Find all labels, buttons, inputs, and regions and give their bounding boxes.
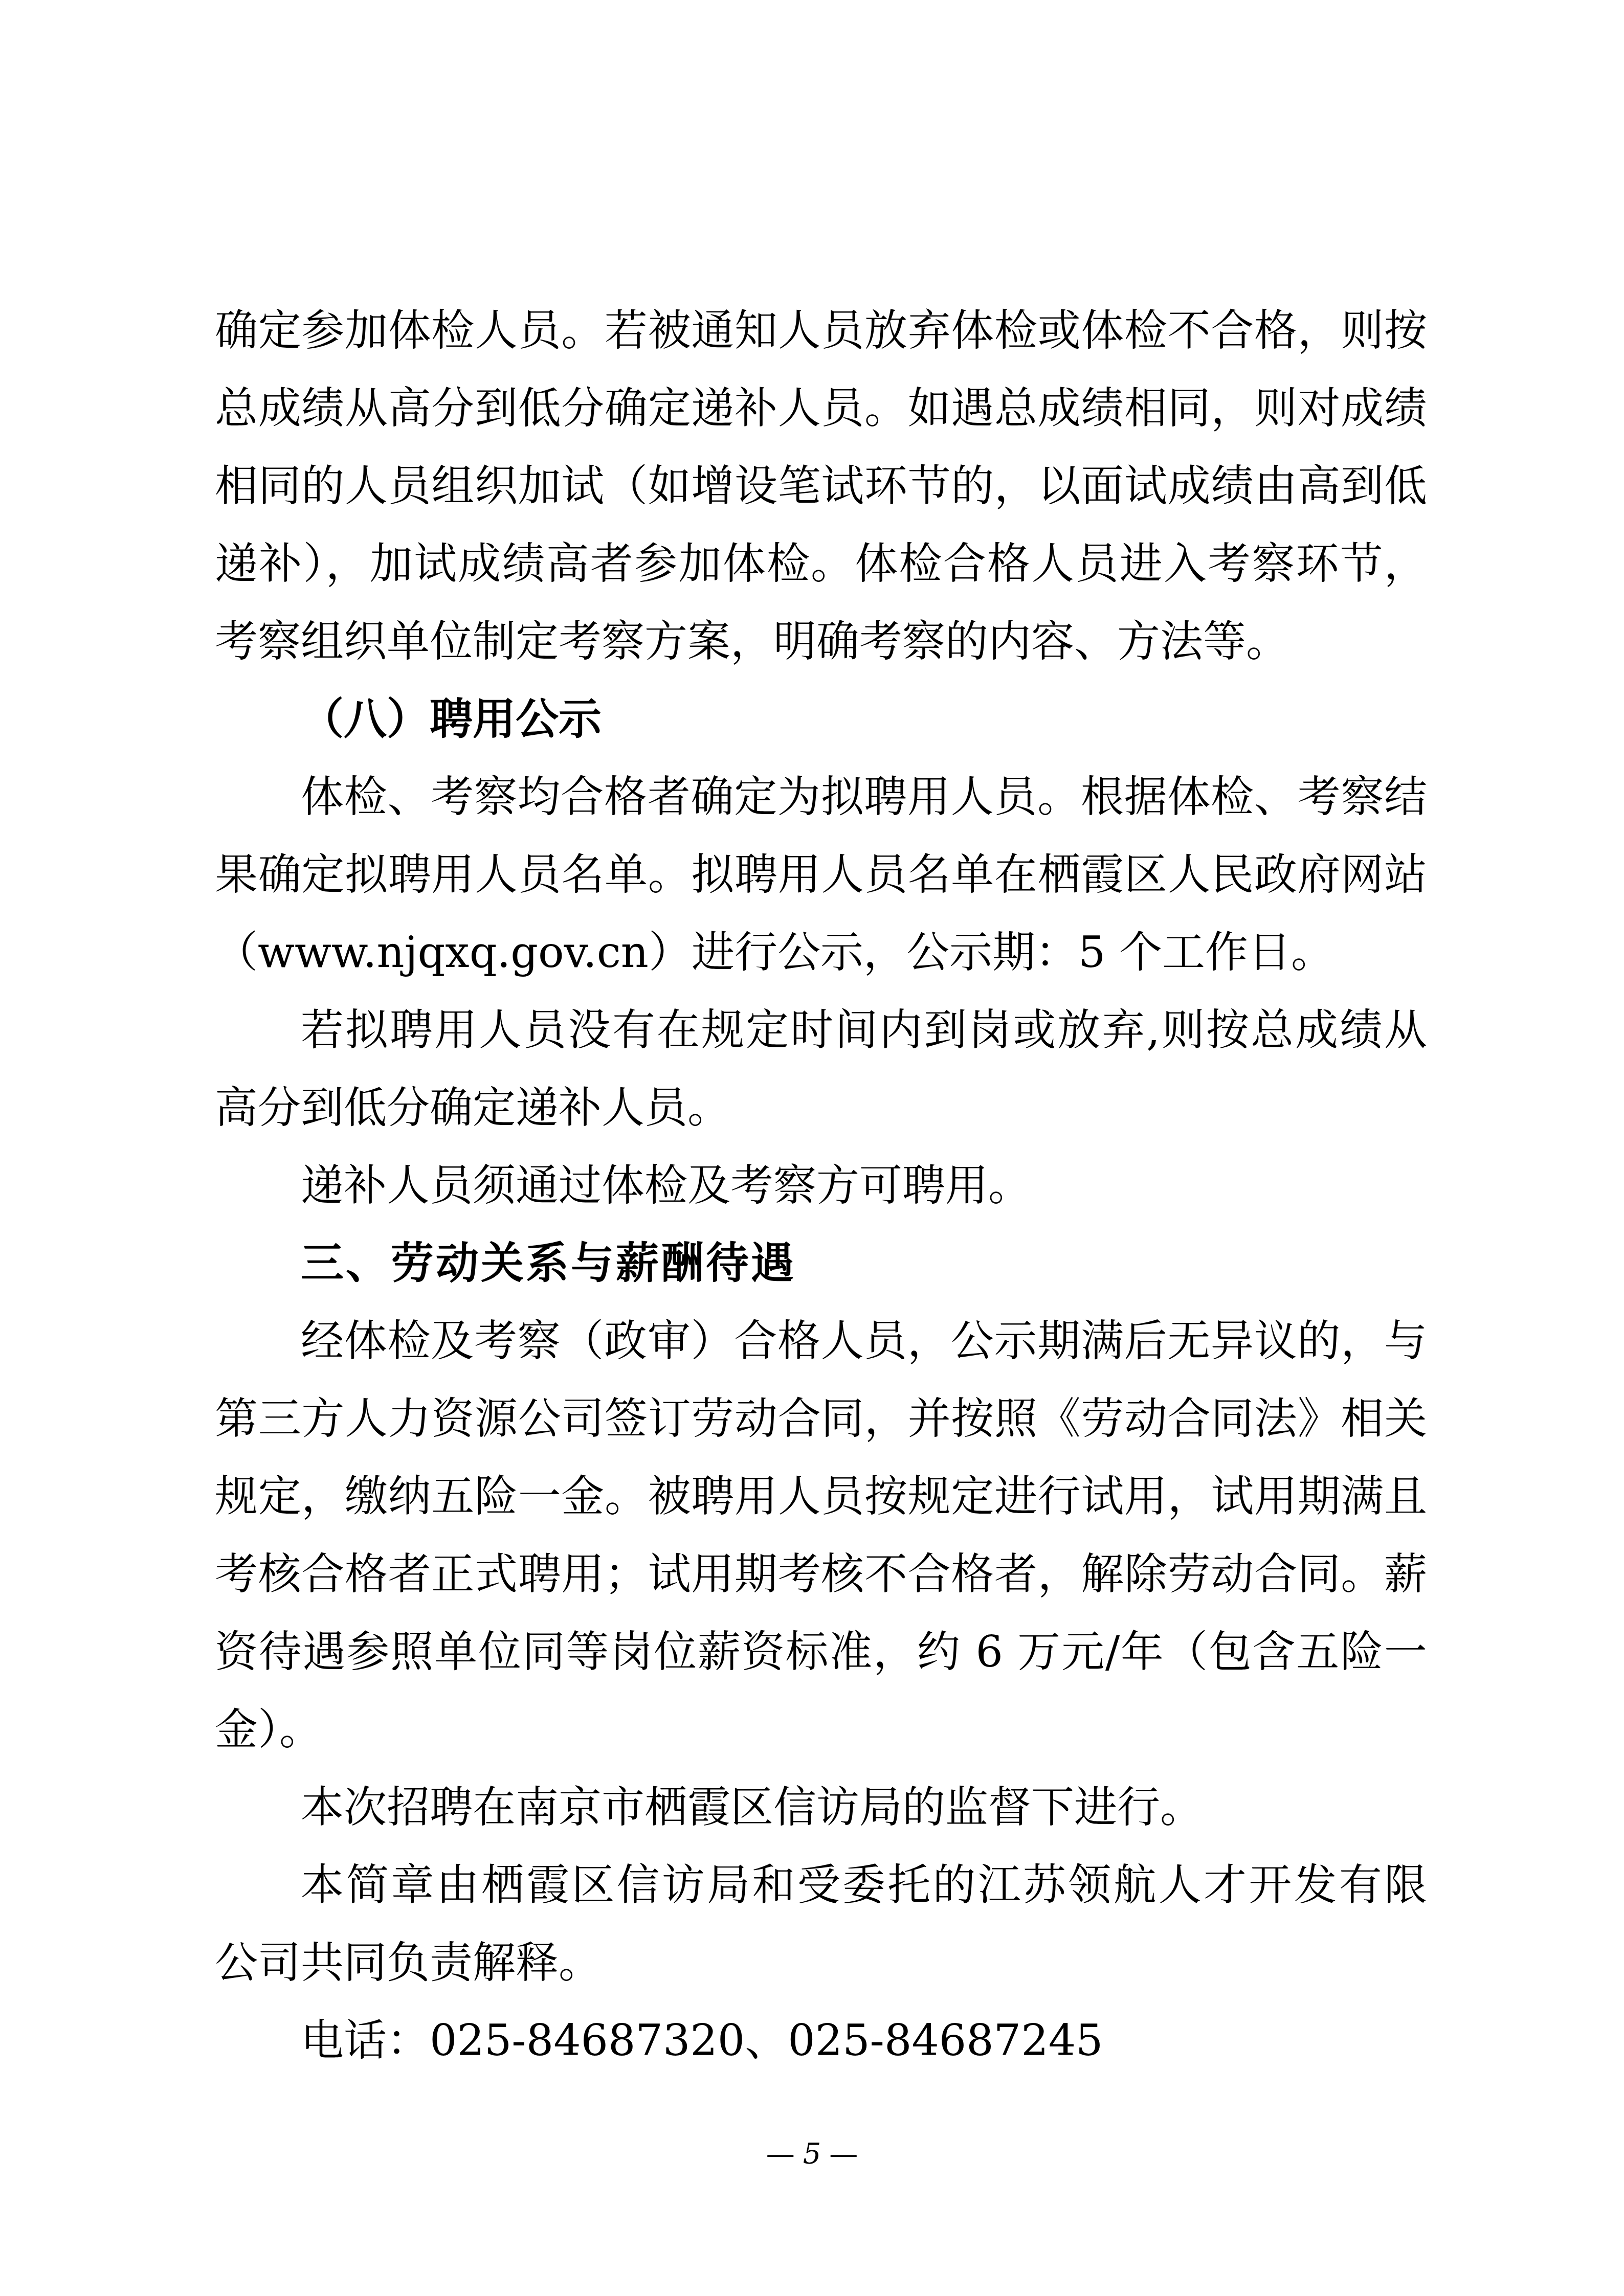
section-heading: 三、劳动关系与薪酬待遇 <box>215 1224 1427 1302</box>
text-block: 确定参加体检人员。若被通知人员放弃体检或体检不合格，则按总成绩从高分到低分确定递… <box>215 291 1427 2079</box>
text-line: 第三方人力资源公司签订劳动合同，并按照《劳动合同法》相关 <box>215 1380 1427 1457</box>
text-line: （www.njqxq.gov.cn）进行公示，公示期：5 个工作日。 <box>215 913 1427 991</box>
text-line: 本次招聘在南京市栖霞区信访局的监督下进行。 <box>215 1768 1427 1846</box>
text-line: 考察组织单位制定考察方案，明确考察的内容、方法等。 <box>215 602 1427 680</box>
text-line: 电话：025-84687320、025-84687245 <box>215 2001 1427 2079</box>
text-line: 考核合格者正式聘用；试用期考核不合格者，解除劳动合同。薪 <box>215 1535 1427 1613</box>
text-line: 总成绩从高分到低分确定递补人员。如遇总成绩相同，则对成绩 <box>215 369 1427 447</box>
text-line: 公司共同负责解释。 <box>215 1924 1427 2001</box>
text-line: 高分到低分确定递补人员。 <box>215 1069 1427 1146</box>
footer-dash-left: — <box>766 2137 795 2171</box>
page-number: 5 <box>803 2137 821 2171</box>
text-line: 体检、考察均合格者确定为拟聘用人员。根据体检、考察结 <box>215 758 1427 836</box>
document-page: 确定参加体检人员。若被通知人员放弃体检或体检不合格，则按总成绩从高分到低分确定递… <box>0 0 1624 2296</box>
text-line: 资待遇参照单位同等岗位薪资标准，约 6 万元/年（包含五险一 <box>215 1613 1427 1691</box>
footer-dash-right: — <box>829 2137 858 2171</box>
text-line: 确定参加体检人员。若被通知人员放弃体检或体检不合格，则按 <box>215 291 1427 369</box>
text-line: 规定，缴纳五险一金。被聘用人员按规定进行试用，试用期满且 <box>215 1457 1427 1535</box>
text-line: 相同的人员组织加试（如增设笔试环节的，以面试成绩由高到低 <box>215 447 1427 525</box>
text-line: 递补），加试成绩高者参加体检。体检合格人员进入考察环节， <box>215 525 1427 602</box>
text-line: 果确定拟聘用人员名单。拟聘用人员名单在栖霞区人民政府网站 <box>215 836 1427 913</box>
text-line: 经体检及考察（政审）合格人员，公示期满后无异议的，与 <box>215 1302 1427 1380</box>
text-line: 若拟聘用人员没有在规定时间内到岗或放弃,则按总成绩从 <box>215 991 1427 1069</box>
page-footer: —5— <box>0 2137 1624 2171</box>
section-heading: （八）聘用公示 <box>215 680 1427 758</box>
text-line: 递补人员须通过体检及考察方可聘用。 <box>215 1146 1427 1224</box>
text-line: 金）。 <box>215 1691 1427 1768</box>
text-line: 本简章由栖霞区信访局和受委托的江苏领航人才开发有限 <box>215 1846 1427 1924</box>
